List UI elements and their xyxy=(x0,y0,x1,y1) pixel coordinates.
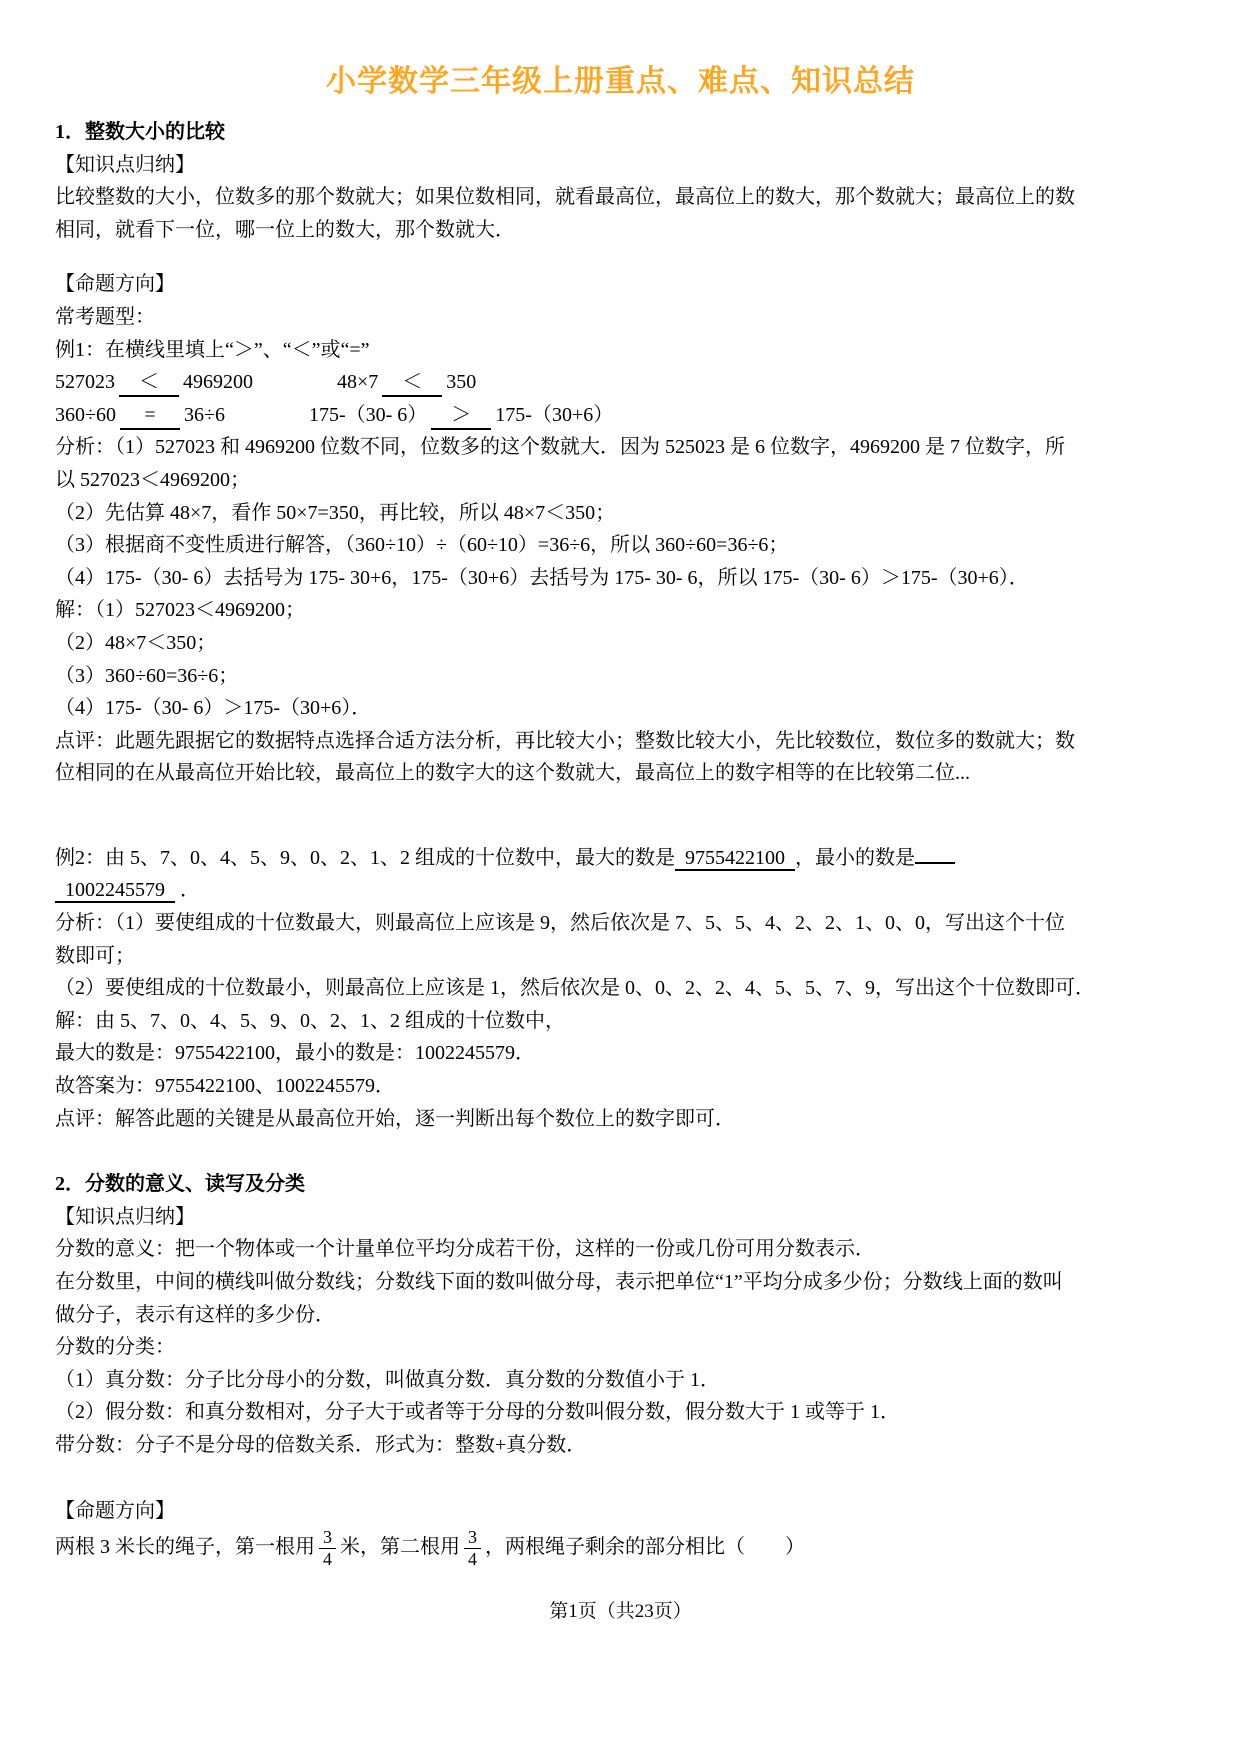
text-line: 常考题型： xyxy=(55,301,1186,334)
text-run: 【命题方向】 xyxy=(55,273,175,295)
text-run: （3）360÷60=36÷6； xyxy=(55,665,238,687)
blank-answer: ＜ xyxy=(382,369,442,397)
text-run: 1．整数大小的比较 xyxy=(55,121,225,143)
text-run: （4）175-（30- 6）去括号为 175- 30+6，175-（30+6）去… xyxy=(55,567,1029,589)
text-run: 点评：解答此题的关键是从最高位开始，逐一判断出每个数位上的数字即可． xyxy=(55,1108,735,1130)
text-line: 点评：解答此题的关键是从最高位开始，逐一判断出每个数位上的数字即可． xyxy=(55,1103,1186,1136)
text-line: 位相同的在从最高位开始比较，最高位上的数字大的这个数就大，最高位上的数字相等的在… xyxy=(55,757,1186,790)
section-heading: 1．整数大小的比较 xyxy=(55,116,1186,149)
text-run: （1）真分数：分子比分母小的分数，叫做真分数．真分数的分数值小于 1． xyxy=(55,1369,720,1391)
text-line: （1）真分数：分子比分母小的分数，叫做真分数．真分数的分数值小于 1． xyxy=(55,1364,1186,1397)
text-line: 【知识点归纳】 xyxy=(55,1201,1186,1234)
fraction-denominator: 4 xyxy=(464,1549,481,1570)
blank-answer: = xyxy=(120,402,180,430)
fraction: 34 xyxy=(319,1527,336,1569)
text-line: 相同，就看下一位，哪一位上的数大，那个数就大． xyxy=(55,214,1186,247)
text-run: 以 527023＜4969200； xyxy=(55,469,250,491)
text-run: 分析：（1）527023 和 4969200 位数不同，位数多的这个数就大．因为… xyxy=(55,436,1065,458)
text-line: 例2：由 5、7、0、4、5、9、0、2、1、2 组成的十位数中，最大的数是97… xyxy=(55,842,1186,875)
text-line: 例1：在横线里填上“＞”、“＜”或“=” xyxy=(55,334,1186,367)
text-run: （2）要使组成的十位数最小，则最高位上应该是 1，然后依次是 0、0、2、2、4… xyxy=(55,977,1095,999)
text-line: 解：（1）527023＜4969200； xyxy=(55,594,1186,627)
text-run: 360÷60 xyxy=(55,404,116,426)
underlined-answer: 1002245579 xyxy=(55,879,175,903)
page-footer: 第1页（共23页） xyxy=(55,1596,1186,1653)
text-line: 数即可； xyxy=(55,940,1186,973)
text-run: 故答案为：9755422100、1002245579． xyxy=(55,1075,395,1097)
text-run: 175-（30- 6） xyxy=(309,404,427,426)
text-run: 在分数里，中间的横线叫做分数线；分数线下面的数叫做分母，表示把单位“1”平均分成… xyxy=(55,1271,1063,1293)
text-line: 分析：（1）要使组成的十位数最大，则最高位上应该是 9，然后依次是 7、5、5、… xyxy=(55,907,1186,940)
text-run: 米，第二根用 xyxy=(340,1536,460,1558)
text-run: 带分数：分子不是分母的倍数关系．形式为：整数+真分数． xyxy=(55,1434,586,1456)
text-line: （2）要使组成的十位数最小，则最高位上应该是 1，然后依次是 0、0、2、2、4… xyxy=(55,972,1186,1005)
text-run: 350 xyxy=(446,371,476,393)
text-line: （3）根据商不变性质进行解答，（360÷10）÷（60÷10）=36÷6，所以 … xyxy=(55,529,1186,562)
text-line: 分析：（1）527023 和 4969200 位数不同，位数多的这个数就大．因为… xyxy=(55,431,1186,464)
text-line: 分数的分类： xyxy=(55,1331,1186,1364)
text-line: 360÷60=36÷6175-（30- 6）＞175-（30+6） xyxy=(55,399,1186,432)
text-line: （2）先估算 48×7，看作 50×7=350，再比较，所以 48×7＜350； xyxy=(55,497,1186,530)
text-run: 常考题型： xyxy=(55,306,155,328)
underlined-answer: 9755422100 xyxy=(675,847,795,871)
text-run: 527023 xyxy=(55,371,115,393)
fraction-numerator: 3 xyxy=(319,1527,336,1549)
text-run: 175-（30+6） xyxy=(495,404,613,426)
text-line: 点评：此题先跟据它的数据特点选择合适方法分析，再比较大小；整数比较大小，先比较数… xyxy=(55,725,1186,758)
text-run: 分析：（1）要使组成的十位数最大，则最高位上应该是 9，然后依次是 7、5、5、… xyxy=(55,912,1065,934)
document-page: 小学数学三年级上册重点、难点、知识总结 1．整数大小的比较【知识点归纳】比较整数… xyxy=(0,0,1241,1755)
text-line: 1002245579 ． xyxy=(55,874,1186,907)
text-line: 带分数：分子不是分母的倍数关系．形式为：整数+真分数． xyxy=(55,1429,1186,1462)
text-run: 例1：在横线里填上“＞”、“＜”或“=” xyxy=(55,339,370,361)
text-run: （4）175-（30- 6）＞175-（30+6）． xyxy=(55,697,371,719)
blank-answer: ＞ xyxy=(431,402,491,430)
text-run: 36÷6 xyxy=(184,404,225,426)
text-run: 分数的分类： xyxy=(55,1336,175,1358)
text-run: 数即可； xyxy=(55,945,135,967)
text-run: 做分子，表示有这样的多少份． xyxy=(55,1304,335,1326)
fraction-numerator: 3 xyxy=(464,1527,481,1549)
text-run: 【知识点归纳】 xyxy=(55,1206,195,1228)
document-body: 1．整数大小的比较【知识点归纳】比较整数的大小，位数多的那个数就大；如果位数相同… xyxy=(55,116,1186,1570)
text-run: （2）先估算 48×7，看作 50×7=350，再比较，所以 48×7＜350； xyxy=(55,502,615,524)
text-run: 点评：此题先跟据它的数据特点选择合适方法分析，再比较大小；整数比较大小，先比较数… xyxy=(55,730,1075,752)
text-line: 【命题方向】 xyxy=(55,268,1186,301)
text-run: 例2：由 5、7、0、4、5、9、0、2、1、2 组成的十位数中，最大的数是 xyxy=(55,847,675,869)
text-line: 以 527023＜4969200； xyxy=(55,464,1186,497)
text-run: ，两根绳子剩余的部分相比（ ） xyxy=(485,1536,805,1558)
text-run: 4969200 xyxy=(183,371,253,393)
text-line: 比较整数的大小，位数多的那个数就大；如果位数相同，就看最高位，最高位上的数大，那… xyxy=(55,181,1186,214)
text-run: 位相同的在从最高位开始比较，最高位上的数字大的这个数就大，最高位上的数字相等的在… xyxy=(55,762,970,784)
text-run: 解：由 5、7、0、4、5、9、0、2、1、2 组成的十位数中， xyxy=(55,1010,565,1032)
text-line: （2）48×7＜350； xyxy=(55,627,1186,660)
blank-answer: ＜ xyxy=(119,369,179,397)
text-run: 【知识点归纳】 xyxy=(55,154,195,176)
text-run: （2）48×7＜350； xyxy=(55,632,216,654)
text-run: 分数的意义：把一个物体或一个计量单位平均分成若干份，这样的一份或几份可用分数表示… xyxy=(55,1238,875,1260)
text-line: 分数的意义：把一个物体或一个计量单位平均分成若干份，这样的一份或几份可用分数表示… xyxy=(55,1233,1186,1266)
text-run: 相同，就看下一位，哪一位上的数大，那个数就大． xyxy=(55,219,515,241)
text-run: 2．分数的意义、读写及分类 xyxy=(55,1173,305,1195)
text-line: （4）175-（30- 6）＞175-（30+6）． xyxy=(55,692,1186,725)
text-line: 解：由 5、7、0、4、5、9、0、2、1、2 组成的十位数中， xyxy=(55,1005,1186,1038)
text-run: ． xyxy=(175,879,200,901)
text-run: 48×7 xyxy=(337,371,378,393)
text-line: 【命题方向】 xyxy=(55,1495,1186,1528)
underlined-answer xyxy=(915,862,955,864)
text-line: （2）假分数：和真分数相对，分子大于或者等于分母的分数叫假分数，假分数大于 1 … xyxy=(55,1396,1186,1429)
text-run: 比较整数的大小，位数多的那个数就大；如果位数相同，就看最高位，最高位上的数大，那… xyxy=(55,186,1075,208)
text-line: （3）360÷60=36÷6； xyxy=(55,660,1186,693)
text-run: ，最小的数是 xyxy=(795,847,915,869)
text-line: 两根 3 米长的绳子，第一根用34米，第二根用34，两根绳子剩余的部分相比（ ） xyxy=(55,1527,1186,1569)
text-line: 527023＜496920048×7＜350 xyxy=(55,366,1186,399)
text-line: 【知识点归纳】 xyxy=(55,149,1186,182)
fraction: 34 xyxy=(464,1527,481,1569)
fraction-denominator: 4 xyxy=(319,1549,336,1570)
section-heading: 2．分数的意义、读写及分类 xyxy=(55,1168,1186,1201)
text-run: （3）根据商不变性质进行解答，（360÷10）÷（60÷10）=36÷6，所以 … xyxy=(55,534,788,556)
text-run: 解：（1）527023＜4969200； xyxy=(55,599,305,621)
text-run: 两根 3 米长的绳子，第一根用 xyxy=(55,1536,315,1558)
text-run: （2）假分数：和真分数相对，分子大于或者等于分母的分数叫假分数，假分数大于 1 … xyxy=(55,1401,900,1423)
text-line: 故答案为：9755422100、1002245579． xyxy=(55,1070,1186,1103)
text-run: 最大的数是：9755422100，最小的数是：1002245579． xyxy=(55,1042,535,1064)
text-line: 做分子，表示有这样的多少份． xyxy=(55,1299,1186,1332)
text-line: （4）175-（30- 6）去括号为 175- 30+6，175-（30+6）去… xyxy=(55,562,1186,595)
document-title: 小学数学三年级上册重点、难点、知识总结 xyxy=(55,56,1186,100)
text-line: 在分数里，中间的横线叫做分数线；分数线下面的数叫做分母，表示把单位“1”平均分成… xyxy=(55,1266,1186,1299)
text-run: 【命题方向】 xyxy=(55,1500,175,1522)
text-line: 最大的数是：9755422100，最小的数是：1002245579． xyxy=(55,1037,1186,1070)
